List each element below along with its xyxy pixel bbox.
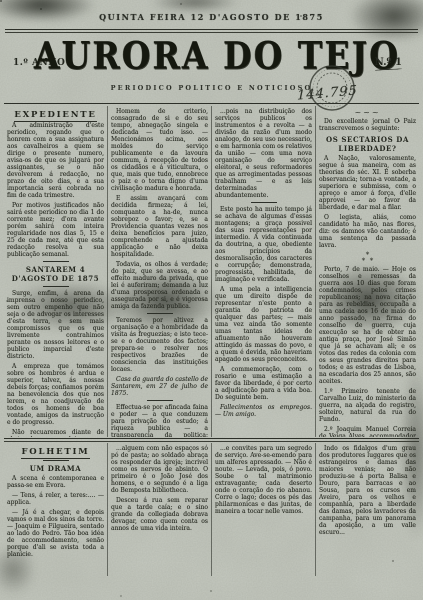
body-paragraph: E assim avançará com decidida firmeza; á…: [111, 195, 208, 258]
scan-speckles: [0, 0, 2, 2]
section-divider: [147, 400, 173, 401]
folhetim-title: FOLHETIM: [7, 447, 104, 457]
flourish-divider: ~~~: [319, 109, 416, 116]
body-paragraph: Effectua-se por afincada faina e poder —…: [111, 404, 208, 437]
body-paragraph: A Nação, valorosamente, segue á sua mane…: [319, 155, 416, 211]
article-subheading: OS SECTARIOS DA LIBERDADE?: [319, 135, 416, 153]
body-paragraph: Todavia, os olhos á verdade; do paiz, qu…: [111, 261, 208, 310]
dateline: QUINTA FEIRA 12 D'AGOSTO DE 1875: [0, 12, 423, 22]
column-2: Homem de criterio, consagrado de si e do…: [107, 106, 211, 437]
body-paragraph: Do excellente jornal O Paiz transcrevemo…: [319, 118, 416, 132]
body-paragraph: ...alguem com não espaços só pó de pasta…: [111, 445, 208, 494]
body-paragraph: — Já é a chegar, e depois vamos o mal do…: [7, 509, 104, 558]
section-divider: [147, 313, 173, 314]
folhetim-section: FOLHETIM UM DRAMA A scena é contemporane…: [4, 443, 419, 576]
folhetim-column-2: ...alguem com não espaços só pó de pasta…: [107, 443, 211, 576]
body-paragraph: A empreza que tomámos sobre os hombros é…: [7, 363, 104, 426]
body-paragraph: Homem de criterio, consagrado de si e do…: [111, 108, 208, 192]
body-paragraph: ...e convites para um segredo de serviço…: [215, 445, 312, 515]
body-paragraph: ...pois na distribuição dos serviços pub…: [215, 108, 312, 199]
body-paragraph: 1.º Primeiro tenente de Carvalho Luiz, d…: [319, 388, 416, 423]
body-paragraph: O legista, aliás, como candidato ha mão,…: [319, 214, 416, 249]
main-columns: EXPEDIENTEA administração d'este periodi…: [4, 106, 419, 437]
header-double-rule: [5, 29, 418, 33]
body-paragraph: Este posto ha muito tempo já se achava d…: [215, 206, 312, 283]
column-3: ...pois na distribuição dos serviços pub…: [211, 106, 315, 437]
newspaper-page: QUINTA FEIRA 12 D'AGOSTO DE 1875 1.º ANN…: [0, 0, 423, 600]
body-paragraph: A administração d'este periodico, rogand…: [7, 122, 104, 199]
folhetim-column-3: ...e convites para um segredo de serviço…: [211, 443, 315, 576]
issue-number: N.º 1: [375, 57, 402, 70]
body-paragraph: Desceu á rua sem reparar que a tarde caí…: [111, 497, 208, 532]
italic-note: Fallecimentos os empregos. — Um amigo.: [215, 404, 312, 418]
body-paragraph: Surge, emfim, á arena da imprensa o noss…: [7, 290, 104, 360]
section-divider: [43, 261, 69, 262]
newspaper-subtitle: PERIODICO POLITICO E NOTICIOSO: [0, 84, 423, 92]
folhetim-column-1: FOLHETIM UM DRAMA A scena é contemporane…: [4, 443, 107, 576]
masthead-bottom-rule: [4, 103, 419, 104]
body-paragraph: Indo os fidalgos d'um grau dos produtore…: [319, 445, 416, 536]
folhetim-column-4: Indo os fidalgos d'um grau dos produtore…: [315, 443, 419, 576]
body-paragraph: 2.º Joaquim Manuel Correia de Veiga Alve…: [319, 426, 416, 437]
body-paragraph: Não recuaremos diante de obstaculos, nem…: [7, 429, 104, 437]
column-1: EXPEDIENTEA administração d'este periodi…: [4, 106, 107, 437]
ink-smudge: [150, 0, 240, 12]
body-paragraph: A commemoração, com o rosario e uma esti…: [215, 366, 312, 401]
section-divider: [43, 286, 69, 287]
folhetim-divider-rule: [4, 438, 419, 442]
section-divider: [251, 202, 277, 203]
body-paragraph: — Tens, á reler, a teres:.... — applica.: [7, 492, 104, 506]
column-4: ~~~Do excellente jornal O Paiz transcrev…: [315, 106, 419, 437]
article-heading: EXPEDIENTE: [7, 110, 104, 120]
asterisk-divider: * * *: [319, 252, 416, 264]
section-divider: [43, 460, 69, 461]
article-subheading: SANTAREM 4 D'AGOSTO DE 1875: [7, 265, 104, 283]
body-paragraph: A uma pela a intelligencia que um direit…: [215, 286, 312, 363]
body-paragraph: Teremos por altivez a organisação e a ho…: [111, 317, 208, 373]
body-paragraph: Porto, 7 de maio. — Hoje os conselhos e …: [319, 266, 416, 385]
italic-note: Casa da guarda do castello de Santarem, …: [111, 376, 208, 397]
body-paragraph: Por motivos justificados não sairá este …: [7, 202, 104, 258]
body-paragraph: A scena é contemporanea e passa-se em Ev…: [7, 475, 104, 489]
folhetim-subtitle: UM DRAMA: [7, 464, 104, 473]
